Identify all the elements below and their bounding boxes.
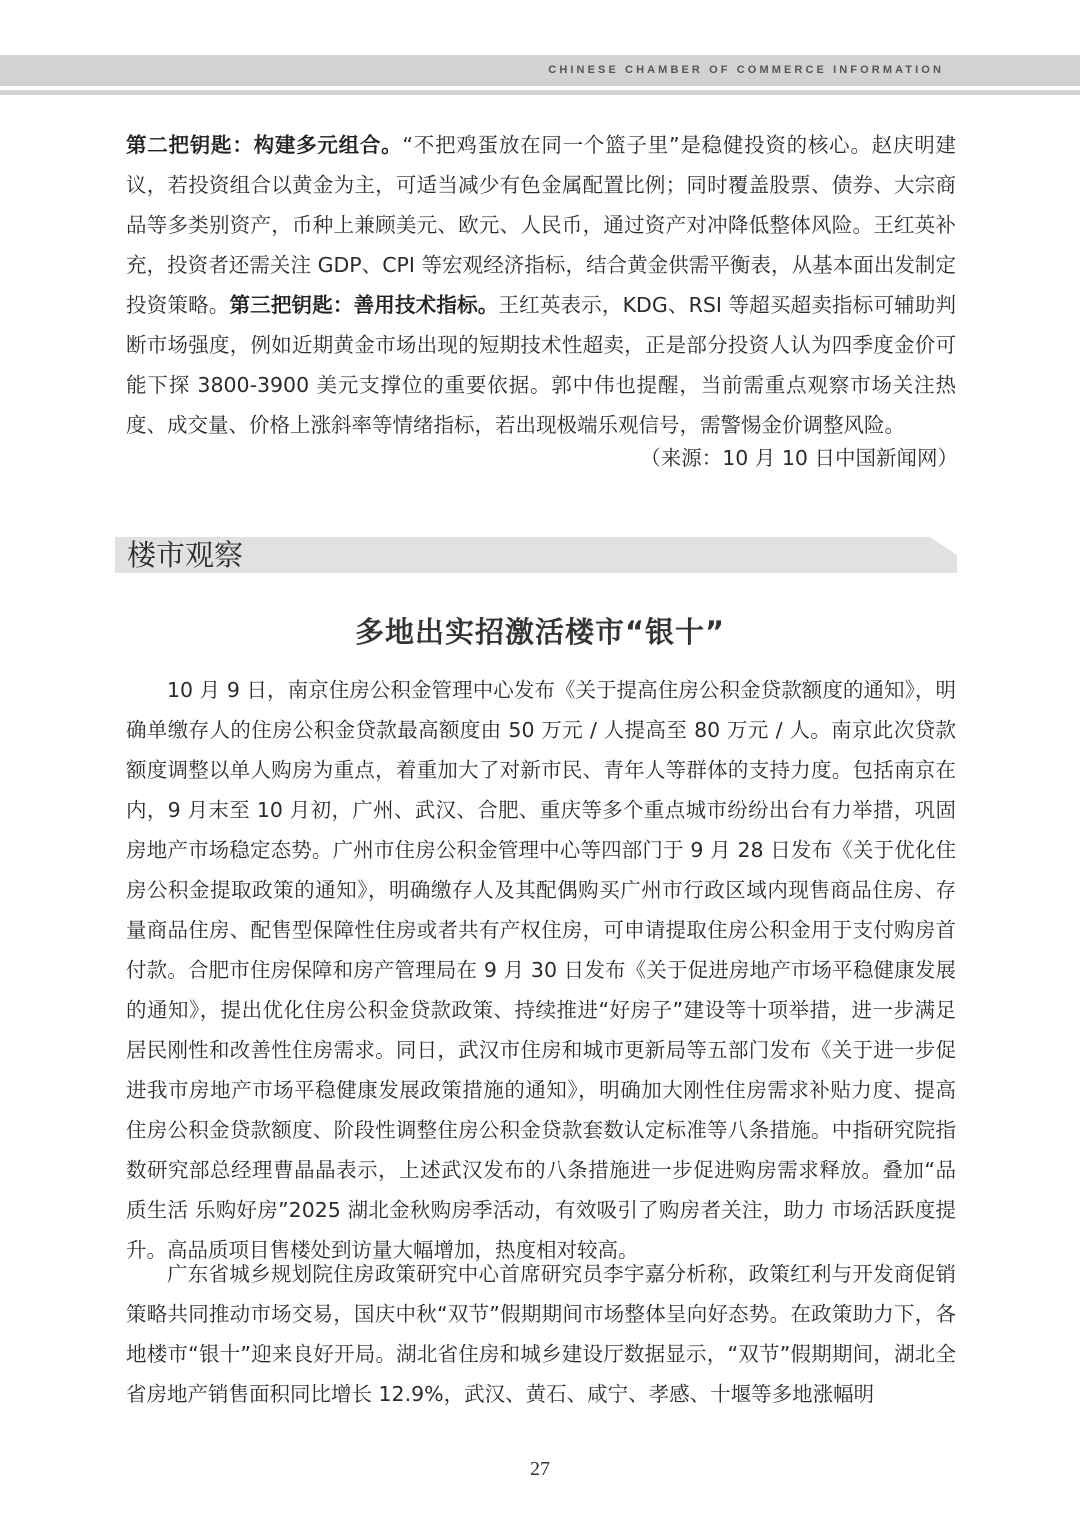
key2-text: “不把鸡蛋放在同一个篮子里”是稳健投资的核心。赵庆明建议，若投资组合以黄金为主，… — [126, 133, 956, 317]
publication-header-bar: CHINESE CHAMBER OF COMMERCE INFORMATION — [0, 55, 1080, 86]
article-paragraph-2: 广东省城乡规划院住房政策研究中心首席研究员李宇嘉分析称，政策红利与开发商促销策略… — [126, 1254, 956, 1414]
key3-heading: 第三把钥匙：善用技术指标。 — [229, 293, 498, 317]
article-paragraph-1: 10 月 9 日，南京住房公积金管理中心发布《关于提高住房公积金贷款额度的通知》… — [126, 670, 956, 1270]
section-title: 楼市观察 — [127, 538, 243, 572]
page-number: 27 — [0, 1458, 1080, 1481]
article-title: 多地出实招激活楼市“银十” — [0, 610, 1080, 651]
publication-name: CHINESE CHAMBER OF COMMERCE INFORMATION — [548, 64, 944, 76]
section-banner: 楼市观察 — [115, 537, 957, 573]
source-citation: （来源：10 月 10 日中国新闻网） — [640, 440, 958, 476]
previous-article-paragraph: 第二把钥匙：构建多元组合。“不把鸡蛋放在同一个篮子里”是稳健投资的核心。赵庆明建… — [126, 125, 956, 445]
header-divider — [0, 90, 1080, 95]
key2-heading: 第二把钥匙：构建多元组合。 — [126, 133, 402, 157]
